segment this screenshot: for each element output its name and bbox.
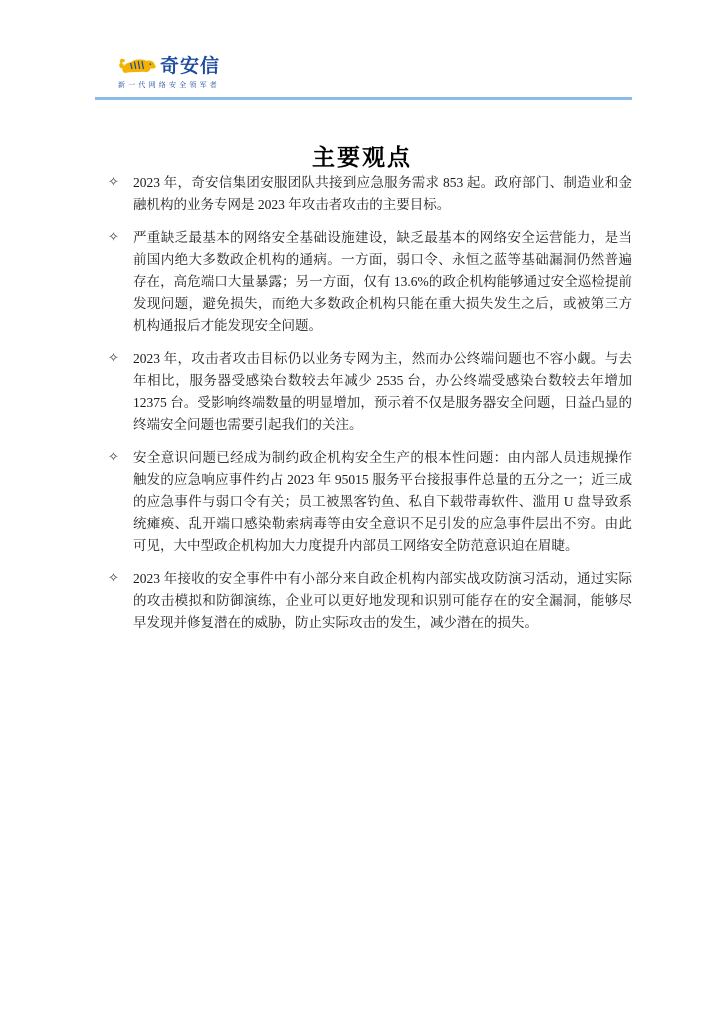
diamond-bullet-icon: ✧ xyxy=(108,571,119,587)
list-item: ✧ 严重缺乏最基本的网络安全基础设施建设，缺乏最基本的网络安全运营能力，是当前国… xyxy=(95,227,632,337)
page-title: 主要观点 xyxy=(0,139,724,172)
brand-tagline: 新一代网络安全领军者 xyxy=(118,80,248,90)
brand-name: 奇安信 xyxy=(160,56,220,78)
header-divider xyxy=(95,97,632,100)
diamond-bullet-icon: ✧ xyxy=(108,175,119,191)
brand-header: 奇安信 新一代网络安全领军者 xyxy=(118,54,248,90)
logo: 奇安信 xyxy=(118,54,248,78)
bullet-text: 2023 年，奇安信集团安服团队共接到应急服务需求 853 起。政府部门、制造业… xyxy=(133,172,632,216)
key-points-list: ✧ 2023 年，奇安信集团安服团队共接到应急服务需求 853 起。政府部门、制… xyxy=(95,172,632,645)
diamond-bullet-icon: ✧ xyxy=(108,230,119,246)
list-item: ✧ 2023 年接收的安全事件中有小部分来自政企机构内部实战攻防演习活动，通过实… xyxy=(95,568,632,634)
diamond-bullet-icon: ✧ xyxy=(108,351,119,367)
diamond-bullet-icon: ✧ xyxy=(108,450,119,466)
bullet-text: 安全意识问题已经成为制约政企机构安全生产的根本性问题：由内部人员违规操作触发的应… xyxy=(133,447,632,557)
bullet-text: 2023 年，攻击者攻击目标仍以业务专网为主，然而办公终端问题也不容小觑。与去年… xyxy=(133,348,632,436)
list-item: ✧ 2023 年，攻击者攻击目标仍以业务专网为主，然而办公终端问题也不容小觑。与… xyxy=(95,348,632,436)
bullet-text: 严重缺乏最基本的网络安全基础设施建设，缺乏最基本的网络安全运营能力，是当前国内绝… xyxy=(133,227,632,337)
document-page: 奇安信 新一代网络安全领军者 主要观点 ✧ 2023 年，奇安信集团安服团队共接… xyxy=(0,0,724,1024)
tiger-mascot-icon xyxy=(118,54,156,78)
bullet-text: 2023 年接收的安全事件中有小部分来自政企机构内部实战攻防演习活动，通过实际的… xyxy=(133,568,632,634)
list-item: ✧ 安全意识问题已经成为制约政企机构安全生产的根本性问题：由内部人员违规操作触发… xyxy=(95,447,632,557)
list-item: ✧ 2023 年，奇安信集团安服团队共接到应急服务需求 853 起。政府部门、制… xyxy=(95,172,632,216)
